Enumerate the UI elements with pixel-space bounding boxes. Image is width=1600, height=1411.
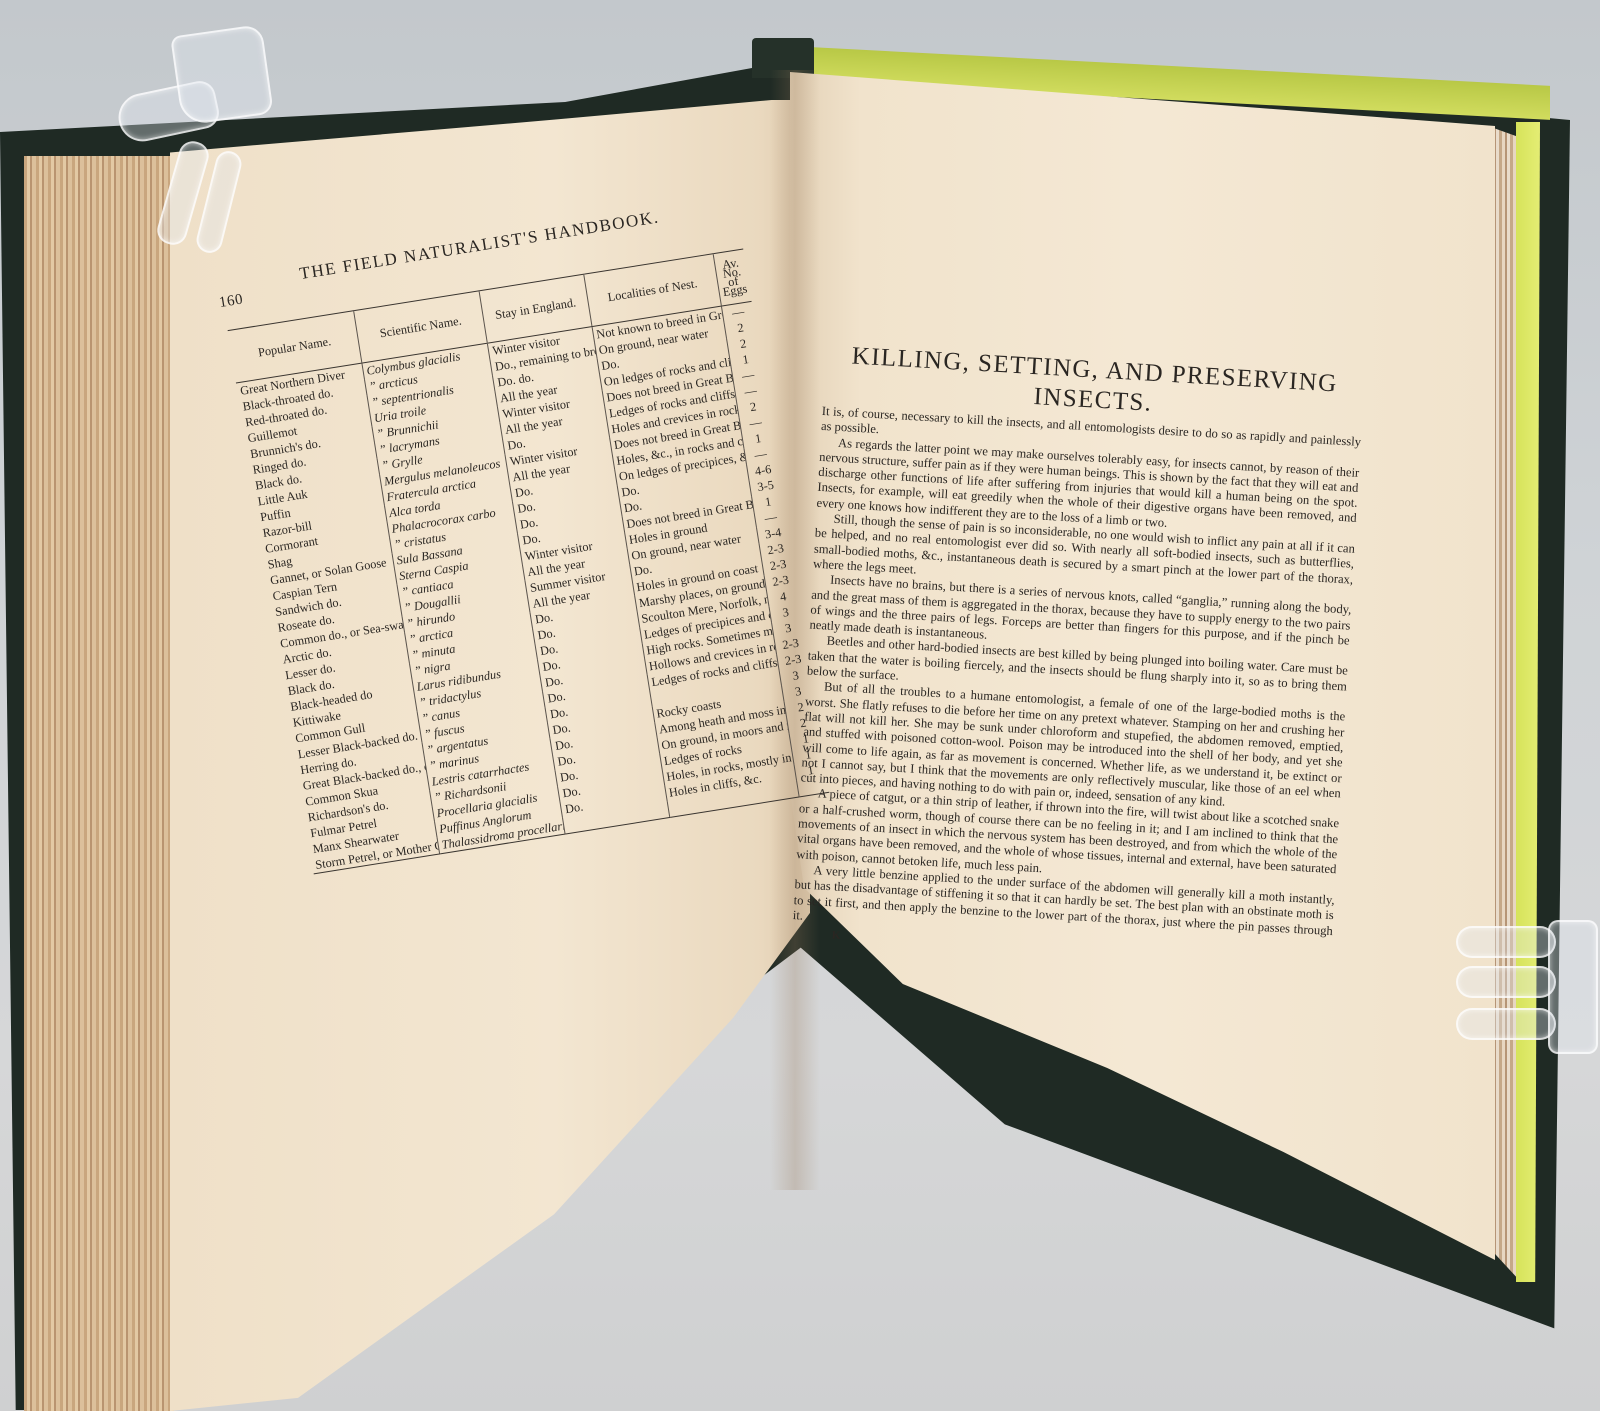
page-clip-right bbox=[1548, 920, 1598, 1054]
page-clip-right-prong bbox=[1456, 966, 1556, 998]
book-photo: 160 THE FIELD NATURALIST'S HANDBOOK. Pop… bbox=[0, 0, 1600, 1411]
page-clip-top bbox=[170, 24, 274, 126]
bird-nesting-table: Popular Name. Scientific Name. Stay in E… bbox=[228, 248, 830, 874]
left-page-block-edge bbox=[24, 156, 174, 1411]
chapter-body: It is, of course, necessary to kill the … bbox=[792, 404, 1361, 954]
page-number: 160 bbox=[218, 291, 244, 312]
page-clip-right-prong bbox=[1456, 1008, 1556, 1040]
table-body: Great Northern DiverColymbus glacialisWi… bbox=[236, 301, 829, 874]
right-page-content: KILLING, SETTING, AND PRESERVING INSECTS… bbox=[791, 340, 1365, 970]
page-clip-right-prong bbox=[1456, 926, 1556, 958]
